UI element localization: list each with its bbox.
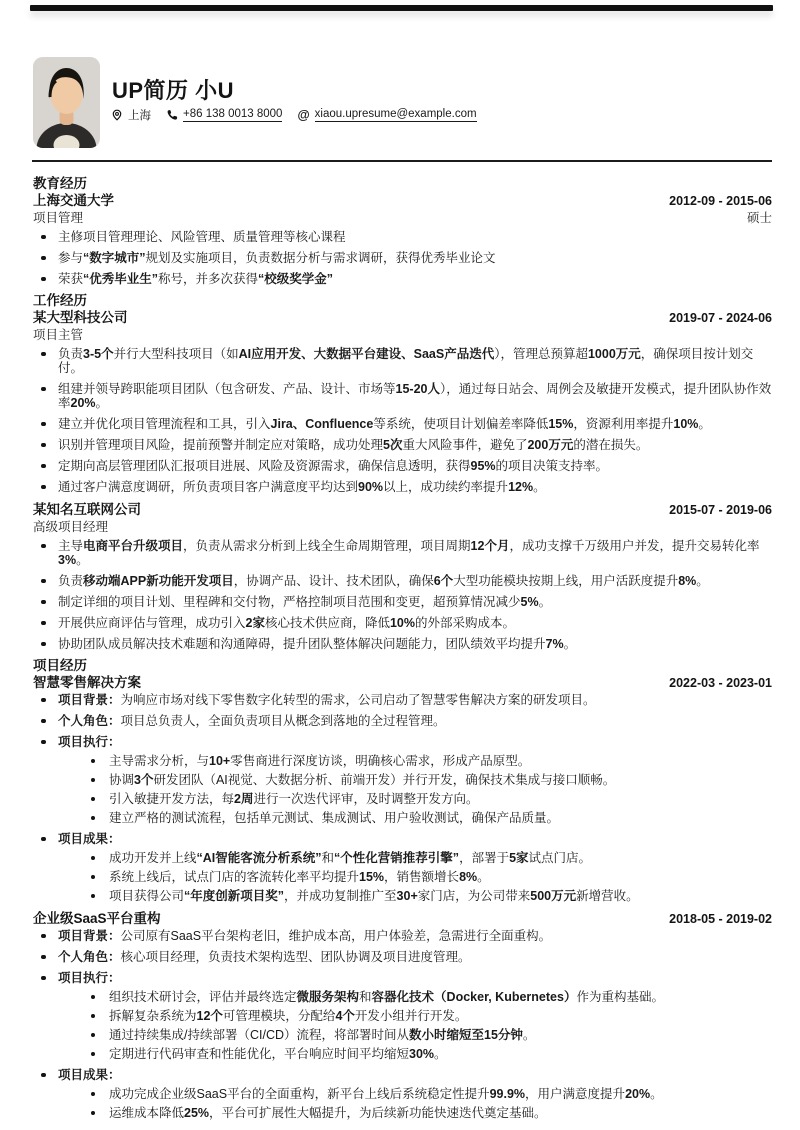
- entry-title: 智慧零售解决方案: [33, 675, 141, 690]
- bullet-dot: [41, 621, 46, 626]
- bullet-list: 主导电商平台升级项目，负责从需求分析到上线全生命周期管理，项目周期12个月，成功…: [33, 539, 772, 651]
- entry-header: 企业级SaaS平台重构2018-05 - 2019-02: [33, 911, 772, 927]
- location-pin-icon: [111, 109, 123, 121]
- sub-bullet-text: 协调3个研发团队（AI视觉、大数据分析、前端开发）并行开发，确保技术集成与接口顺…: [109, 773, 615, 787]
- sub-bullet-dot: [91, 995, 95, 999]
- bullet-text: 定期向高层管理团队汇报项目进展、风险及资源需求，确保信息透明，获得95%的项目决…: [58, 459, 608, 473]
- sub-bullet-text: 引入敏捷开发方法，每2周进行一次迭代评审，及时调整开发方向。: [109, 792, 478, 806]
- phone-text[interactable]: +86 138 0013 8000: [183, 108, 282, 122]
- entry-title: 上海交通大学: [33, 193, 114, 208]
- bullet-item: 负责3-5个并行大型科技项目（如AI应用开发、大数据平台建设、SaaS产品迭代）…: [33, 347, 772, 375]
- bullet-dot: [41, 485, 46, 490]
- bullet-item: 识别并管理项目风险，提前预警并制定应对策略，成功处理5次重大风险事件，避免了20…: [33, 438, 772, 452]
- bullet-text: 建立并优化项目管理流程和工具，引入Jira、Confluence等系统，使项目计…: [58, 417, 711, 431]
- sub-bullet-item: 主导需求分析，与10+零售商进行深度访谈，明确核心需求，形成产品原型。: [85, 754, 772, 768]
- location-text: 上海: [128, 107, 151, 123]
- sub-bullet-text: 成功完成企业级SaaS平台的全面重构，新平台上线后系统稳定性提升99.9%，用户…: [109, 1087, 663, 1101]
- bullet-text: 开展供应商评估与管理，成功引入2家核心技术供应商，降低10%的外部采购成本。: [58, 616, 515, 630]
- bullet-item: 项目执行：主导需求分析，与10+零售商进行深度访谈，明确核心需求，形成产品原型。…: [33, 735, 772, 825]
- section-title: 工作经历: [33, 293, 772, 308]
- bullet-dot: [41, 422, 46, 427]
- entry-title: 某大型科技公司: [33, 310, 128, 325]
- entry-subtitle-row: 项目主管: [33, 328, 772, 343]
- bullet-list: 项目背景：为响应市场对线下零售数字化转型的需求，公司启动了智慧零售解决方案的研发…: [33, 693, 772, 903]
- bullet-text: 项目执行：: [58, 735, 121, 749]
- section: 教育经历上海交通大学2012-09 - 2015-06项目管理硕士主修项目管理理…: [33, 176, 772, 286]
- profile-photo: [33, 57, 100, 148]
- resume-sections: 教育经历上海交通大学2012-09 - 2015-06项目管理硕士主修项目管理理…: [33, 176, 772, 1127]
- sub-bullet-list: 主导需求分析，与10+零售商进行深度访谈，明确核心需求，形成产品原型。协调3个研…: [58, 754, 772, 825]
- bullet-item: 主修项目管理理论、风险管理、质量管理等核心课程: [33, 230, 772, 244]
- bullet-text: 通过客户满意度调研，所负责项目客户满意度平均达到90%以上，成功续约率提升12%…: [58, 480, 546, 494]
- entry-header: 某大型科技公司2019-07 - 2024-06: [33, 310, 772, 326]
- sub-bullet-text: 主导需求分析，与10+零售商进行深度访谈，明确核心需求，形成产品原型。: [109, 754, 530, 768]
- entry: 企业级SaaS平台重构2018-05 - 2019-02项目背景：公司原有Saa…: [33, 911, 772, 1120]
- sub-bullet-text: 系统上线后，试点门店的客流转化率平均提升15%，销售额增长8%。: [109, 870, 490, 884]
- sub-bullet-item: 成功完成企业级SaaS平台的全面重构，新平台上线后系统稳定性提升99.9%，用户…: [85, 1087, 772, 1101]
- entry-date: 2012-09 - 2015-06: [669, 194, 772, 209]
- bullet-item: 项目执行：组织技术研讨会，评估并最终选定微服务架构和容器化技术（Docker, …: [33, 971, 772, 1061]
- entry-date: 2015-07 - 2019-06: [669, 503, 772, 518]
- entry-subtitle-row: 高级项目经理: [33, 520, 772, 535]
- bullet-text: 负责移动端APP新功能开发项目，协调产品、设计、技术团队，确保6个大型功能模块按…: [58, 574, 709, 588]
- sub-bullet-dot: [91, 875, 95, 879]
- bullet-text: 项目成果：: [58, 1068, 121, 1082]
- bullet-item: 主导电商平台升级项目，负责从需求分析到上线全生命周期管理，项目周期12个月，成功…: [33, 539, 772, 567]
- bullet-text: 项目成果：: [58, 832, 121, 846]
- bullet-text: 项目执行：: [58, 971, 121, 985]
- bullet-list: 主修项目管理理论、风险管理、质量管理等核心课程参与“数字城市”规划及实施项目，负…: [33, 230, 772, 286]
- entry: 某知名互联网公司2015-07 - 2019-06高级项目经理主导电商平台升级项…: [33, 502, 772, 651]
- sub-bullet-item: 引入敏捷开发方法，每2周进行一次迭代评审，及时调整开发方向。: [85, 792, 772, 806]
- bullet-dot: [41, 976, 46, 981]
- entry-title: 某知名互联网公司: [33, 502, 141, 517]
- bullet-item: 参与“数字城市”规划及实施项目，负责数据分析与需求调研，获得优秀毕业论文: [33, 251, 772, 265]
- section: 项目经历智慧零售解决方案2022-03 - 2023-01项目背景：为响应市场对…: [33, 658, 772, 1120]
- entry-date: 2019-07 - 2024-06: [669, 311, 772, 326]
- bullet-item: 组建并领导跨职能项目团队（包含研发、产品、设计、市场等15-20人），通过每日站…: [33, 382, 772, 410]
- bullet-dot: [41, 256, 46, 261]
- bullet-text: 识别并管理项目风险，提前预警并制定应对策略，成功处理5次重大风险事件，避免了20…: [58, 438, 648, 452]
- sub-bullet-text: 成功开发并上线“AI智能客流分析系统”和“个性化营销推荐引擎”，部署于5家试点门…: [109, 851, 591, 865]
- sub-bullet-text: 运维成本降低25%，平台可扩展性大幅提升，为后续新功能快速迭代奠定基础。: [109, 1106, 547, 1120]
- bullet-dot: [41, 955, 46, 960]
- bullet-item: 定期向高层管理团队汇报项目进展、风险及资源需求，确保信息透明，获得95%的项目决…: [33, 459, 772, 473]
- bullet-dot: [41, 277, 46, 282]
- bullet-item: 个人角色：核心项目经理，负责技术架构选型、团队协调及项目进度管理。: [33, 950, 772, 964]
- bullet-list: 项目背景：公司原有SaaS平台架构老旧，维护成本高，用户体验差，急需进行全面重构…: [33, 929, 772, 1120]
- sub-bullet-item: 项目获得公司“年度创新项目奖”，并成功复制推广至30+家门店，为公司带来500万…: [85, 889, 772, 903]
- bullet-text: 个人角色：项目总负责人，全面负责项目从概念到落地的全过程管理。: [58, 714, 446, 728]
- bullet-text: 主导电商平台升级项目，负责从需求分析到上线全生命周期管理，项目周期12个月，成功…: [58, 539, 759, 567]
- resume-page: UP简历 小U 上海 +86 138 0013 8000 @ xiaou.upr…: [0, 0, 800, 1130]
- contact-email[interactable]: @ xiaou.upresume@example.com: [297, 108, 476, 122]
- at-icon: @: [297, 109, 309, 122]
- bullet-text: 荣获“优秀毕业生”称号，并多次获得“校级奖学金”: [58, 272, 333, 286]
- sub-bullet-dot: [91, 1111, 95, 1115]
- portrait-illustration: [33, 57, 100, 148]
- bullet-dot: [41, 698, 46, 703]
- entry-header: 智慧零售解决方案2022-03 - 2023-01: [33, 675, 772, 691]
- bullet-dot: [41, 600, 46, 605]
- sub-bullet-dot: [91, 1014, 95, 1018]
- sub-bullet-dot: [91, 816, 95, 820]
- entry-date: 2018-05 - 2019-02: [669, 912, 772, 927]
- entry-header: 上海交通大学2012-09 - 2015-06: [33, 193, 772, 209]
- bullet-item: 项目背景：为响应市场对线下零售数字化转型的需求，公司启动了智慧零售解决方案的研发…: [33, 693, 772, 707]
- bullet-text: 主修项目管理理论、风险管理、质量管理等核心课程: [58, 230, 346, 244]
- bullet-item: 通过客户满意度调研，所负责项目客户满意度平均达到90%以上，成功续约率提升12%…: [33, 480, 772, 494]
- header-divider: [32, 160, 772, 162]
- bullet-item: 协助团队成员解决技术难题和沟通障碍，提升团队整体解决问题能力，团队绩效平均提升7…: [33, 637, 772, 651]
- sub-bullet-list: 组织技术研讨会，评估并最终选定微服务架构和容器化技术（Docker, Kuber…: [58, 990, 772, 1061]
- bullet-dot: [41, 235, 46, 240]
- bullet-item: 开展供应商评估与管理，成功引入2家核心技术供应商，降低10%的外部采购成本。: [33, 616, 772, 630]
- entry: 上海交通大学2012-09 - 2015-06项目管理硕士主修项目管理理论、风险…: [33, 193, 772, 286]
- bullet-item: 项目成果：成功完成企业级SaaS平台的全面重构，新平台上线后系统稳定性提升99.…: [33, 1068, 772, 1120]
- sub-bullet-item: 系统上线后，试点门店的客流转化率平均提升15%，销售额增长8%。: [85, 870, 772, 884]
- top-accent-bar: [30, 5, 773, 11]
- bullet-item: 个人角色：项目总负责人，全面负责项目从概念到落地的全过程管理。: [33, 714, 772, 728]
- entry-date: 2022-03 - 2023-01: [669, 676, 772, 691]
- bullet-dot: [41, 740, 46, 745]
- bullet-text: 协助团队成员解决技术难题和沟通障碍，提升团队整体解决问题能力，团队绩效平均提升7…: [58, 637, 576, 651]
- sub-bullet-item: 通过持续集成/持续部署（CI/CD）流程，将部署时间从数小时缩短至15分钟。: [85, 1028, 772, 1042]
- entry-role: 高级项目经理: [33, 520, 108, 535]
- bullet-text: 组建并领导跨职能项目团队（包含研发、产品、设计、市场等15-20人），通过每日站…: [58, 382, 771, 410]
- sub-bullet-text: 建立严格的测试流程，包括单元测试、集成测试、用户验收测试，确保产品质量。: [109, 811, 559, 825]
- bullet-item: 项目背景：公司原有SaaS平台架构老旧，维护成本高，用户体验差，急需进行全面重构…: [33, 929, 772, 943]
- sub-bullet-text: 定期进行代码审查和性能优化，平台响应时间平均缩短30%。: [109, 1047, 447, 1061]
- sub-bullet-text: 组织技术研讨会，评估并最终选定微服务架构和容器化技术（Docker, Kuber…: [109, 990, 664, 1004]
- bullet-dot: [41, 837, 46, 842]
- sub-bullet-list: 成功完成企业级SaaS平台的全面重构，新平台上线后系统稳定性提升99.9%，用户…: [58, 1087, 772, 1120]
- bullet-list: 负责3-5个并行大型科技项目（如AI应用开发、大数据平台建设、SaaS产品迭代）…: [33, 347, 772, 494]
- bullet-item: 建立并优化项目管理流程和工具，引入Jira、Confluence等系统，使项目计…: [33, 417, 772, 431]
- entry: 某大型科技公司2019-07 - 2024-06项目主管负责3-5个并行大型科技…: [33, 310, 772, 494]
- contact-row: 上海 +86 138 0013 8000 @ xiaou.upresume@ex…: [111, 107, 477, 123]
- sub-bullet-dot: [91, 797, 95, 801]
- bullet-dot: [41, 1073, 46, 1078]
- bullet-item: 荣获“优秀毕业生”称号，并多次获得“校级奖学金”: [33, 272, 772, 286]
- sub-bullet-text: 项目获得公司“年度创新项目奖”，并成功复制推广至30+家门店，为公司带来500万…: [109, 889, 639, 903]
- bullet-item: 制定详细的项目计划、里程碑和交付物，严格控制项目范围和变更，超预算情况减少5%。: [33, 595, 772, 609]
- bullet-dot: [41, 579, 46, 584]
- email-text[interactable]: xiaou.upresume@example.com: [315, 108, 477, 122]
- sub-bullet-dot: [91, 1033, 95, 1037]
- sub-bullet-list: 成功开发并上线“AI智能客流分析系统”和“个性化营销推荐引擎”，部署于5家试点门…: [58, 851, 772, 903]
- sub-bullet-dot: [91, 1052, 95, 1056]
- entry-subtitle-row: 项目管理硕士: [33, 211, 772, 226]
- bullet-item: 负责移动端APP新功能开发项目，协调产品、设计、技术团队，确保6个大型功能模块按…: [33, 574, 772, 588]
- phone-icon: [166, 109, 178, 121]
- entry: 智慧零售解决方案2022-03 - 2023-01项目背景：为响应市场对线下零售…: [33, 675, 772, 903]
- bullet-dot: [41, 642, 46, 647]
- bullet-dot: [41, 544, 46, 549]
- entry-degree: 硕士: [747, 211, 772, 226]
- bullet-text: 参与“数字城市”规划及实施项目，负责数据分析与需求调研，获得优秀毕业论文: [58, 251, 496, 265]
- sub-bullet-item: 组织技术研讨会，评估并最终选定微服务架构和容器化技术（Docker, Kuber…: [85, 990, 772, 1004]
- bullet-dot: [41, 719, 46, 724]
- section-title: 教育经历: [33, 176, 772, 191]
- entry-header: 某知名互联网公司2015-07 - 2019-06: [33, 502, 772, 518]
- bullet-dot: [41, 352, 46, 357]
- sub-bullet-item: 运维成本降低25%，平台可扩展性大幅提升，为后续新功能快速迭代奠定基础。: [85, 1106, 772, 1120]
- sub-bullet-item: 协调3个研发团队（AI视觉、大数据分析、前端开发）并行开发，确保技术集成与接口顺…: [85, 773, 772, 787]
- sub-bullet-text: 通过持续集成/持续部署（CI/CD）流程，将部署时间从数小时缩短至15分钟。: [109, 1028, 535, 1042]
- entry-role: 项目主管: [33, 328, 83, 343]
- sub-bullet-item: 建立严格的测试流程，包括单元测试、集成测试、用户验收测试，确保产品质量。: [85, 811, 772, 825]
- bullet-text: 项目背景：为响应市场对线下零售数字化转型的需求，公司启动了智慧零售解决方案的研发…: [58, 693, 596, 707]
- bullet-text: 负责3-5个并行大型科技项目（如AI应用开发、大数据平台建设、SaaS产品迭代）…: [58, 347, 753, 375]
- section-title: 项目经历: [33, 658, 772, 673]
- contact-phone[interactable]: +86 138 0013 8000: [166, 108, 282, 122]
- sub-bullet-item: 拆解复杂系统为12个可管理模块，分配给4个开发小组并行开发。: [85, 1009, 772, 1023]
- sub-bullet-item: 定期进行代码审查和性能优化，平台响应时间平均缩短30%。: [85, 1047, 772, 1061]
- sub-bullet-item: 成功开发并上线“AI智能客流分析系统”和“个性化营销推荐引擎”，部署于5家试点门…: [85, 851, 772, 865]
- bullet-item: 项目成果：成功开发并上线“AI智能客流分析系统”和“个性化营销推荐引擎”，部署于…: [33, 832, 772, 903]
- sub-bullet-dot: [91, 759, 95, 763]
- section: 工作经历某大型科技公司2019-07 - 2024-06项目主管负责3-5个并行…: [33, 293, 772, 651]
- bullet-text: 个人角色：核心项目经理，负责技术架构选型、团队协调及项目进度管理。: [58, 950, 471, 964]
- sub-bullet-dot: [91, 778, 95, 782]
- sub-bullet-dot: [91, 856, 95, 860]
- bullet-text: 项目背景：公司原有SaaS平台架构老旧，维护成本高，用户体验差，急需进行全面重构…: [58, 929, 551, 943]
- bullet-dot: [41, 443, 46, 448]
- candidate-name: UP简历 小U: [112, 74, 234, 105]
- sub-bullet-text: 拆解复杂系统为12个可管理模块，分配给4个开发小组并行开发。: [109, 1009, 467, 1023]
- entry-title: 企业级SaaS平台重构: [33, 911, 161, 926]
- contact-location: 上海: [111, 107, 151, 123]
- bullet-text: 制定详细的项目计划、里程碑和交付物，严格控制项目范围和变更，超预算情况减少5%。: [58, 595, 551, 609]
- bullet-dot: [41, 464, 46, 469]
- bullet-dot: [41, 934, 46, 939]
- entry-role: 项目管理: [33, 211, 83, 226]
- sub-bullet-dot: [91, 1092, 95, 1096]
- sub-bullet-dot: [91, 894, 95, 898]
- bullet-dot: [41, 387, 46, 392]
